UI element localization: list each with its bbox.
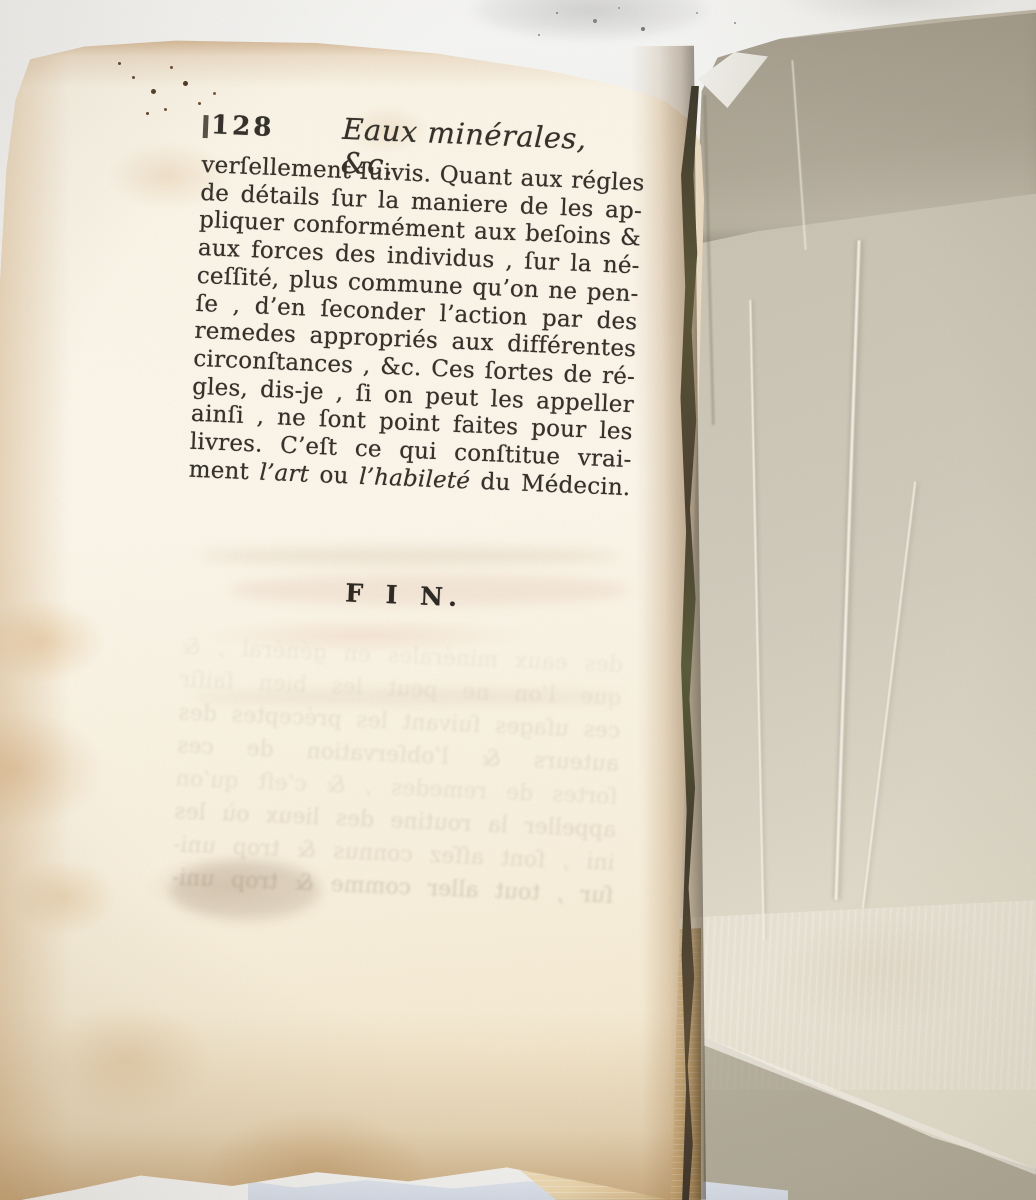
table-shadow-smudge	[440, 0, 740, 52]
text-segment: ou	[309, 461, 360, 489]
foxing-spots	[118, 62, 121, 65]
body-text: verſellement ſuivis. Quant aux réglesde …	[188, 152, 644, 503]
foxing-spots	[150, 1184, 154, 1187]
italic-phrase: l’habileté	[359, 464, 471, 495]
page-number: 128	[211, 110, 275, 143]
text-segment: du Médecin.	[470, 468, 631, 501]
printed-page-content: 128 Eaux minérales, &c. verſellement ſui…	[171, 106, 646, 913]
paper-crease	[749, 300, 764, 940]
paper-crease	[834, 240, 860, 900]
ink-mark	[203, 114, 209, 137]
fin-marker: F I N.	[183, 572, 626, 619]
show-through-text: des eaux minérales en général , &que l’o…	[171, 631, 624, 913]
book-photo: 128 Eaux minérales, &c. verſellement ſui…	[0, 0, 1036, 1200]
paper-crease	[862, 481, 916, 908]
italic-phrase: l’art	[259, 459, 310, 487]
dust-specks	[556, 12, 558, 14]
text-segment: ment	[188, 456, 260, 485]
